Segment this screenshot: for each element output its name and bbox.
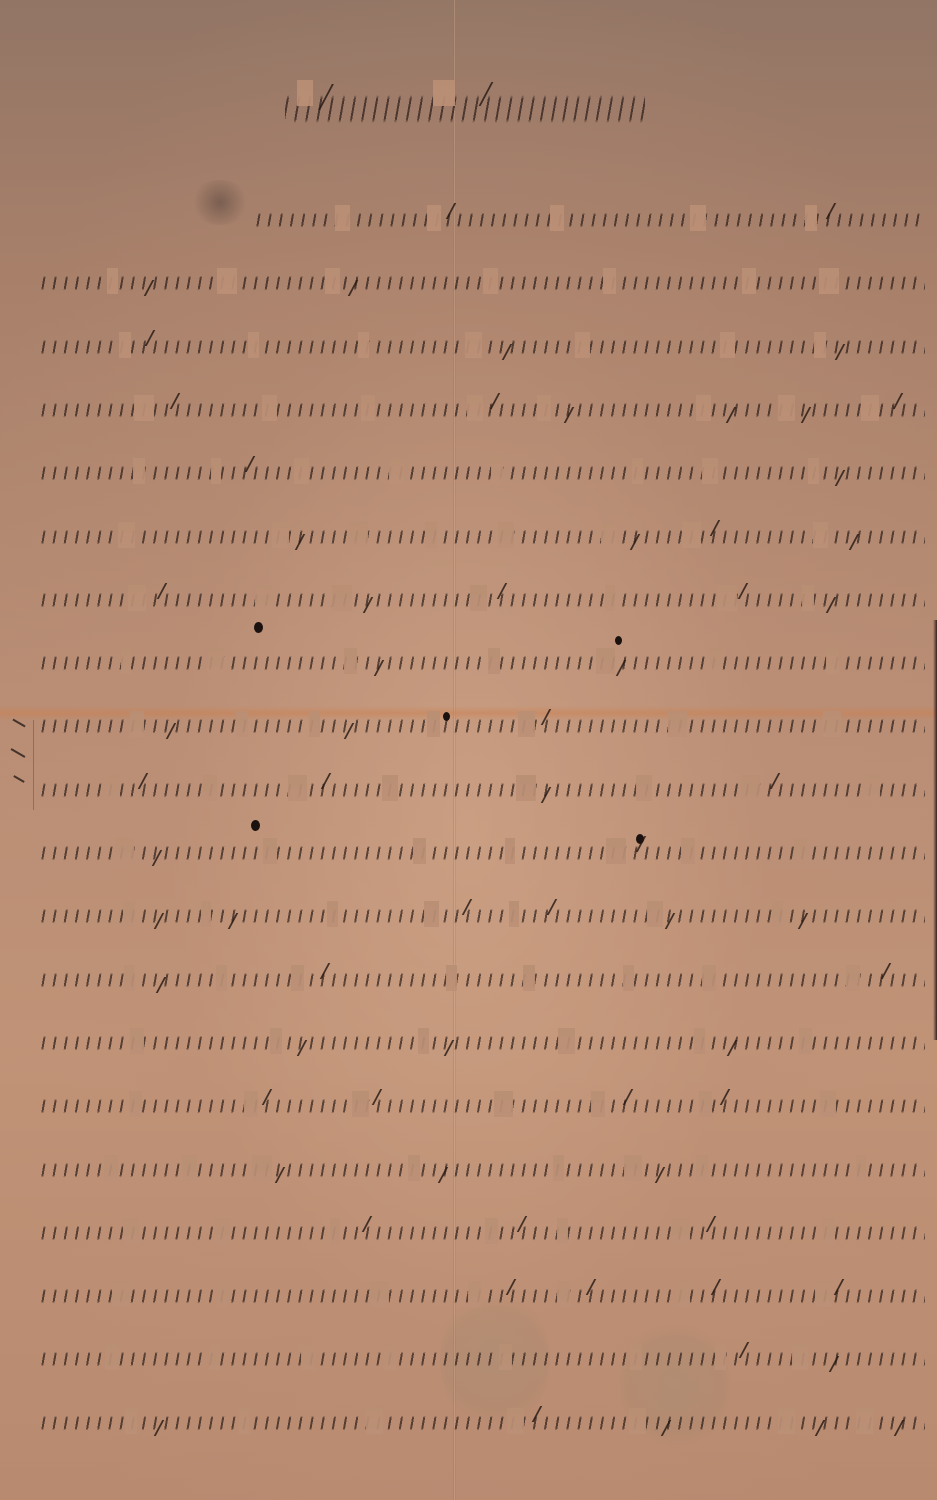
word-space — [105, 1344, 120, 1370]
handwritten-line — [40, 1281, 925, 1307]
word-space — [820, 1091, 836, 1117]
word-space — [553, 1155, 564, 1181]
word-space — [630, 1344, 642, 1370]
word-space — [814, 332, 826, 358]
word-space — [125, 1408, 136, 1434]
word-space — [488, 648, 500, 674]
word-space — [523, 965, 534, 991]
word-space — [605, 585, 616, 611]
word-space — [108, 775, 119, 801]
word-space — [537, 395, 551, 421]
word-space — [710, 648, 723, 674]
handwritten-line — [40, 1218, 925, 1244]
word-space — [330, 1218, 340, 1244]
word-space — [255, 585, 273, 611]
word-space — [325, 268, 341, 294]
handwritten-line — [40, 332, 925, 358]
word-space — [815, 1281, 832, 1307]
word-space — [505, 838, 516, 864]
handwritten-line — [40, 648, 925, 674]
word-space — [678, 1281, 691, 1307]
word-space — [244, 1091, 258, 1117]
word-space — [826, 648, 839, 674]
word-space — [385, 1344, 397, 1370]
word-space — [717, 585, 737, 611]
word-space — [772, 901, 783, 927]
pinhole — [251, 820, 260, 831]
word-space — [119, 332, 131, 358]
word-space — [778, 395, 796, 421]
ink-strokes — [40, 775, 925, 801]
ink-strokes — [40, 458, 925, 484]
word-space — [778, 1408, 795, 1434]
word-space — [427, 205, 441, 231]
word-space — [632, 458, 643, 484]
word-space — [207, 648, 224, 674]
word-space — [118, 522, 135, 548]
word-space — [370, 1281, 389, 1307]
word-space — [467, 395, 484, 421]
word-space — [672, 1218, 690, 1244]
ink-strokes — [40, 965, 925, 991]
word-space — [636, 775, 652, 801]
word-space — [418, 1028, 429, 1054]
word-space — [494, 1091, 513, 1117]
handwritten-line — [40, 901, 925, 927]
word-space — [682, 522, 701, 548]
word-space — [802, 585, 814, 611]
word-space — [288, 775, 307, 801]
ink-strokes — [40, 1028, 925, 1054]
handwritten-line — [255, 205, 925, 231]
word-space — [408, 1155, 420, 1181]
word-space — [518, 711, 535, 737]
word-space — [129, 1091, 142, 1117]
word-space — [699, 1091, 713, 1117]
word-space — [856, 1155, 866, 1181]
word-space — [215, 1218, 230, 1244]
word-space — [823, 1218, 835, 1244]
word-space — [808, 458, 819, 484]
letter-salutation: Милостивый Государь — [285, 80, 645, 130]
word-space — [133, 458, 145, 484]
word-space — [861, 395, 878, 421]
word-space — [805, 205, 817, 231]
pinhole — [254, 622, 263, 633]
word-space — [115, 838, 134, 864]
word-space — [128, 585, 146, 611]
word-space — [603, 268, 616, 294]
word-space — [358, 332, 369, 358]
word-space — [263, 838, 277, 864]
word-space — [130, 1028, 145, 1054]
word-space — [361, 395, 375, 421]
word-space — [629, 1408, 647, 1434]
word-space — [107, 268, 118, 294]
word-space — [413, 838, 426, 864]
word-space — [332, 585, 352, 611]
word-space — [516, 775, 536, 801]
ink-strokes — [40, 1091, 925, 1117]
word-space — [335, 205, 351, 231]
word-space — [696, 1155, 708, 1181]
word-space — [799, 1028, 812, 1054]
word-space — [624, 1155, 641, 1181]
word-space — [252, 1155, 272, 1181]
handwritten-line — [40, 965, 925, 991]
word-space — [647, 901, 663, 927]
word-space — [558, 1028, 575, 1054]
word-space — [217, 268, 237, 294]
ink-strokes — [40, 838, 925, 864]
word-space — [468, 1281, 481, 1307]
word-space — [741, 775, 759, 801]
word-space — [130, 711, 145, 737]
word-space — [424, 901, 438, 927]
word-space — [465, 332, 482, 358]
word-space — [596, 648, 615, 674]
handwritten-line — [40, 268, 925, 294]
word-space — [352, 1091, 369, 1117]
pinhole — [615, 636, 622, 645]
word-space — [557, 1281, 570, 1307]
word-space — [366, 1408, 383, 1434]
ink-strokes — [40, 332, 925, 358]
word-space — [123, 901, 135, 927]
word-space — [112, 1281, 130, 1307]
ink-strokes — [40, 648, 925, 674]
ink-strokes — [40, 901, 925, 927]
word-space — [507, 1408, 524, 1434]
word-space — [382, 775, 398, 801]
word-space — [591, 1091, 605, 1117]
word-space — [601, 522, 616, 548]
handwritten-line — [40, 1028, 925, 1054]
word-space — [550, 205, 564, 231]
word-space — [211, 458, 221, 484]
word-space — [690, 205, 707, 231]
handwritten-line — [40, 1408, 925, 1434]
word-space — [262, 395, 278, 421]
word-space — [606, 838, 626, 864]
handwritten-line — [40, 522, 925, 548]
word-space — [470, 585, 488, 611]
ink-strokes — [40, 1155, 925, 1181]
word-space — [270, 1028, 283, 1054]
word-space — [134, 395, 154, 421]
handwritten-line — [40, 1344, 925, 1370]
word-space — [309, 711, 320, 737]
ink-strokes — [40, 522, 925, 548]
word-space — [209, 1344, 220, 1370]
word-space — [291, 965, 304, 991]
word-space — [349, 522, 368, 548]
word-space — [499, 1344, 512, 1370]
word-space — [344, 648, 357, 674]
word-space — [201, 901, 211, 927]
word-space — [485, 1218, 498, 1244]
word-space — [696, 395, 711, 421]
handwritten-line — [40, 775, 925, 801]
word-space — [301, 1344, 313, 1370]
word-space — [509, 901, 519, 927]
word-space — [794, 838, 807, 864]
word-space — [702, 458, 718, 484]
word-space — [294, 458, 309, 484]
word-space — [123, 1218, 139, 1244]
word-space — [813, 522, 828, 548]
handwritten-line — [40, 711, 925, 737]
word-space — [823, 711, 841, 737]
word-space — [557, 1218, 568, 1244]
handwritten-line — [40, 458, 925, 484]
word-space — [203, 775, 217, 801]
word-space — [272, 522, 289, 548]
word-space — [819, 268, 838, 294]
word-space — [446, 965, 457, 991]
ink-strokes — [255, 205, 925, 231]
word-space — [623, 965, 634, 991]
word-space — [248, 332, 259, 358]
handwritten-line — [40, 395, 925, 421]
word-space — [866, 775, 880, 801]
word-space — [121, 648, 131, 674]
word-space — [846, 965, 861, 991]
word-space — [389, 458, 404, 484]
margin-rule — [33, 720, 34, 810]
word-space — [575, 332, 590, 358]
word-space — [327, 901, 338, 927]
ink-stain — [190, 180, 250, 225]
word-space — [491, 458, 503, 484]
word-space — [427, 711, 440, 737]
word-space — [742, 268, 756, 294]
document-page: Милостивый Государь — [0, 0, 937, 1500]
word-space — [498, 522, 514, 548]
word-space — [236, 711, 248, 737]
word-space — [216, 965, 227, 991]
word-space — [694, 1028, 705, 1054]
word-space — [715, 1344, 726, 1370]
word-space — [668, 711, 687, 737]
word-space — [239, 1408, 250, 1434]
word-space — [720, 332, 735, 358]
word-space — [182, 1155, 197, 1181]
ink-strokes — [40, 1218, 925, 1244]
page-right-edge-shadow — [933, 620, 937, 1040]
handwritten-line — [40, 1091, 925, 1117]
word-space — [681, 838, 696, 864]
word-space — [217, 1281, 229, 1307]
word-space — [425, 522, 437, 548]
word-space — [483, 268, 497, 294]
word-space — [792, 1344, 808, 1370]
word-space — [104, 1155, 118, 1181]
word-space — [702, 965, 716, 991]
word-space — [124, 965, 135, 991]
ink-strokes — [40, 1281, 925, 1307]
word-space — [856, 1408, 872, 1434]
handwritten-line — [40, 585, 925, 611]
handwritten-line — [40, 1155, 925, 1181]
handwritten-line — [40, 838, 925, 864]
margin-annotation — [8, 712, 30, 802]
